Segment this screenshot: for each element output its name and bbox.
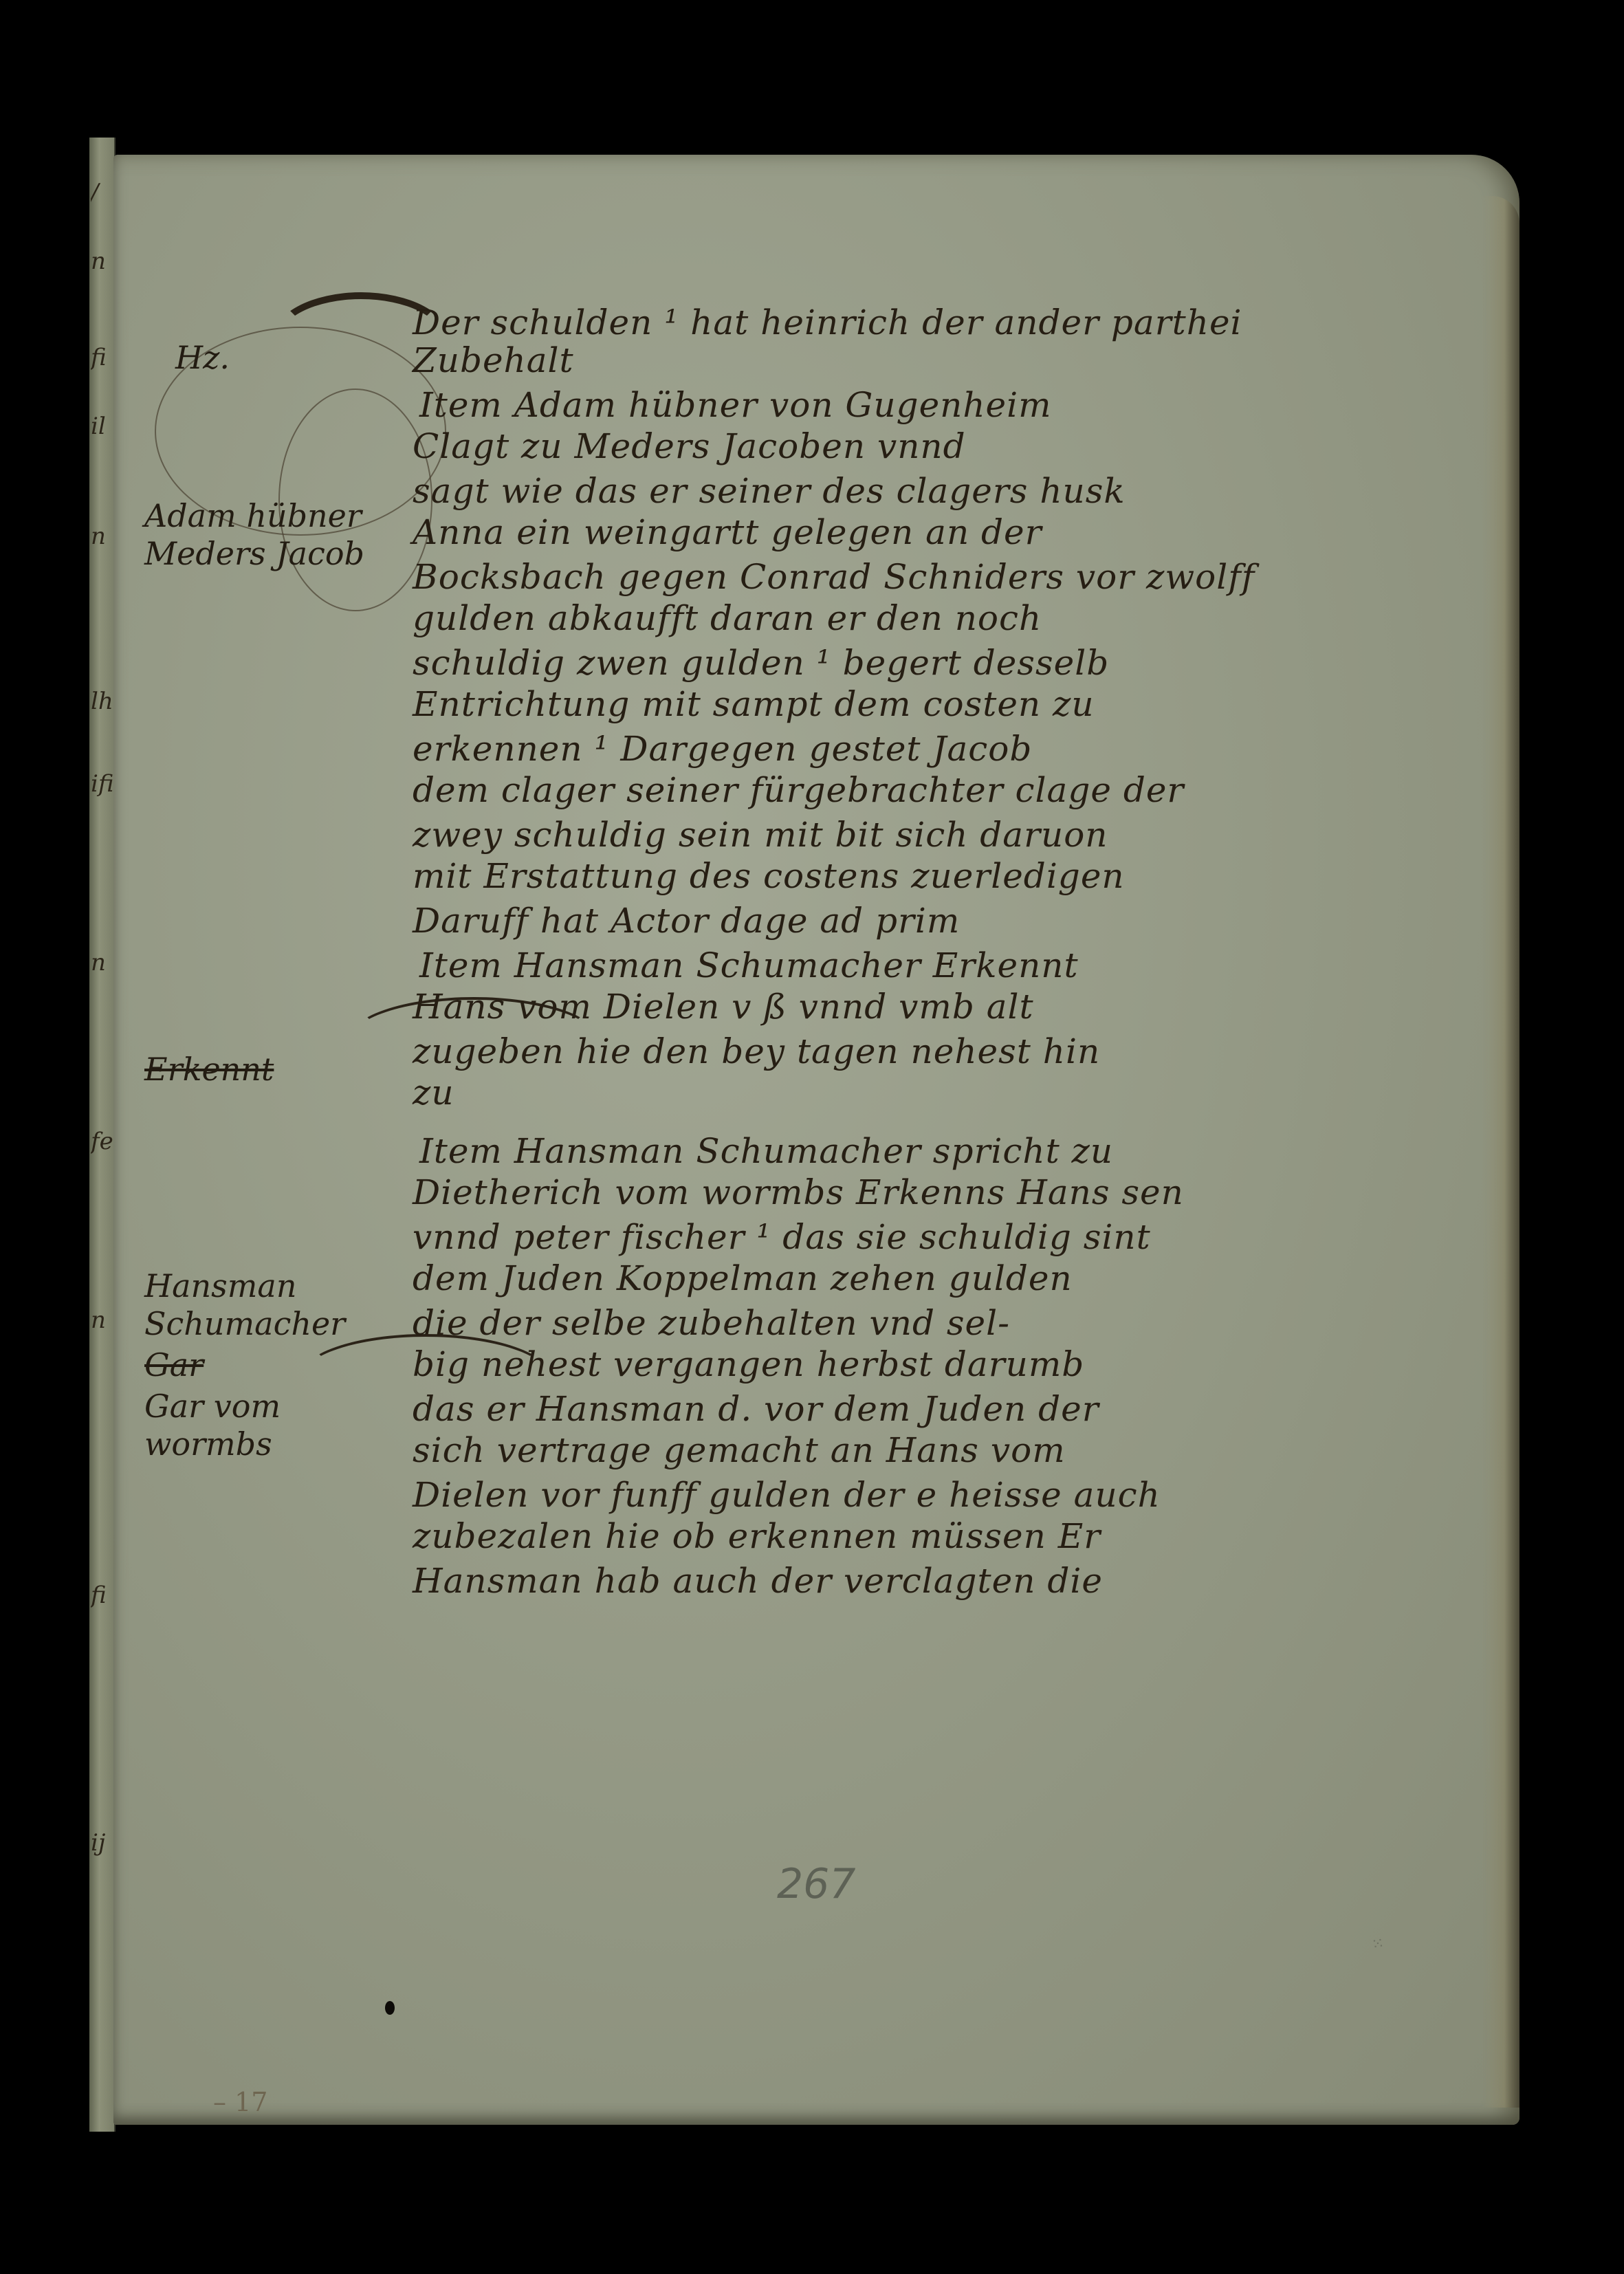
text-line-18: zugeben hie den bey tagen nehest hin xyxy=(413,1031,1100,1071)
margin-note-hansman: Hansman xyxy=(144,1269,296,1303)
margin-note-meders-jacob: Meders Jacob xyxy=(144,536,364,571)
text-line-21: Dietherich vom wormbs Erkenns Hans sen xyxy=(413,1172,1184,1212)
prev-leaf-fragment: fi xyxy=(91,1582,114,1609)
text-line-22: vnnd peter fischer ¹ das sie schuldig si… xyxy=(413,1217,1151,1257)
prev-leaf-fragment: n xyxy=(91,949,114,976)
ink-blot xyxy=(385,2001,395,2015)
prev-leaf-fragment: fi xyxy=(91,344,114,371)
margin-note-adam-huebner: Adam hübner xyxy=(144,499,362,533)
text-line-1: Der schulden ¹ hat heinrich der ander pa… xyxy=(413,303,1242,342)
text-line-10: Entrichtung mit sampt dem costen zu xyxy=(413,684,1095,724)
text-line-30: Hansman hab auch der verclagten die xyxy=(413,1561,1103,1601)
text-line-19: zu xyxy=(413,1073,454,1113)
margin-note-wormbs: wormbs xyxy=(144,1427,272,1461)
prev-leaf-fragment: / xyxy=(91,179,114,206)
prev-leaf-fragment: n xyxy=(91,1307,114,1334)
text-line-14: mit Erstattung des costens zuerledigen xyxy=(413,856,1125,896)
text-line-5: sagt wie das er seiner des clagers husk xyxy=(413,471,1126,511)
text-line-17: Hans vom Dielen v ß vnnd vmb alt xyxy=(413,987,1034,1027)
text-line-2: Zubehalt xyxy=(413,340,574,380)
text-line-6: Anna ein weingartt gelegen an der xyxy=(413,512,1042,552)
faint-stamp-trace: ⁙ xyxy=(1370,1935,1385,1954)
margin-note-erkennt: Erkennt xyxy=(144,1052,274,1086)
text-line-27: sich vertrage gemacht an Hans vom xyxy=(413,1430,1066,1470)
text-line-9: schuldig zwen gulden ¹ begert desselb xyxy=(413,643,1109,683)
text-line-24: die der selbe zubehalten vnd sel- xyxy=(413,1303,1010,1343)
text-line-4: Clagt zu Meders Jacoben vnnd xyxy=(413,426,966,466)
previous-leaf-edge: / n fi il n lh ifi n fe n fi ij xyxy=(89,138,116,2132)
text-line-7: Bocksbach gegen Conrad Schniders vor zwo… xyxy=(413,557,1255,597)
text-line-8: gulden abkaufft daran er den noch xyxy=(413,598,1042,638)
text-line-3: Item Adam hübner von Gugenheim xyxy=(419,385,1052,425)
text-line-11: erkennen ¹ Dargegen gestet Jacob xyxy=(413,729,1032,769)
margin-note-gar-vom: Gar vom xyxy=(144,1389,281,1423)
text-line-20: Item Hansman Schumacher spricht zu xyxy=(419,1131,1113,1171)
margin-note-schumacher: Schumacher xyxy=(144,1307,345,1341)
text-line-26: das er Hansman d. vor dem Juden der xyxy=(413,1389,1099,1429)
folio-number: 267 xyxy=(777,1860,856,1908)
text-line-12: dem clager seiner fürgebrachter clage de… xyxy=(413,770,1184,810)
prev-leaf-fragment: fe xyxy=(91,1128,114,1155)
prev-leaf-fragment: n xyxy=(91,248,114,275)
margin-note-hz: Hz. xyxy=(175,340,230,375)
prev-leaf-fragment: lh xyxy=(91,688,114,715)
prev-leaf-fragment: ifi xyxy=(91,770,114,798)
margin-note-gar-struck: Gar xyxy=(144,1348,204,1382)
prev-leaf-fragment: ij xyxy=(91,1829,114,1857)
text-line-16: Item Hansman Schumacher Erkennt xyxy=(419,945,1079,985)
text-line-13: zwey schuldig sein mit bit sich daruon xyxy=(413,815,1108,855)
prev-leaf-fragment: il xyxy=(91,413,114,440)
text-line-28: Dielen vor funff gulden der e heisse auc… xyxy=(413,1475,1161,1515)
bottom-left-mark: – 17 xyxy=(213,2087,267,2117)
manuscript-page: Hz. Adam hübner Meders Jacob Erkennt Han… xyxy=(113,155,1519,2125)
text-line-15: Daruff hat Actor dage ad prim xyxy=(413,901,960,941)
text-line-29: zubezalen hie ob erkennen müssen Er xyxy=(413,1516,1101,1556)
text-line-25: big nehest vergangen herbst darumb xyxy=(413,1344,1084,1384)
text-line-23: dem Juden Koppelman zehen gulden xyxy=(413,1258,1073,1298)
prev-leaf-fragment: n xyxy=(91,523,114,550)
